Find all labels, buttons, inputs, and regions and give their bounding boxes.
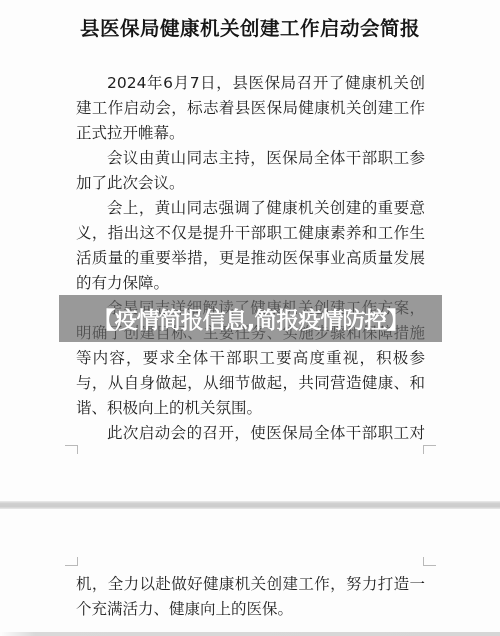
paragraph-2: 会议由黄山同志主持，医保局全体干部职工参加了此次会议。 [76,146,425,196]
paragraph-3: 会上，黄山同志强调了健康机关创建的重要意义，指出这不仅是提升干部职工健康素养和工… [76,196,425,296]
watermark-overlay-text: 【疫情简报信息,简报疫情防控】 [93,302,409,335]
page2-text-body: 机，全力以赴做好健康机关创建工作，努力打造一个充满活力、健康向上的医保。 [76,572,425,624]
page-break-divider [0,501,500,509]
page1-text-body: 2024年6月7日，县医保局召开了健康机关创建工作启动会，标志着县医保局健康机关… [76,71,425,448]
watermark-overlay-banner: 【疫情简报信息,简报疫情防控】 [59,295,442,342]
paragraph-1: 2024年6月7日，县医保局召开了健康机关创建工作启动会，标志着县医保局健康机关… [76,71,425,146]
document-viewport: 县医保局健康机关创建工作启动会简报 2024年6月7日，县医保局召开了健康机关创… [0,0,500,636]
bottom-edge-divider [0,632,500,636]
margin-corner-mark-page2-top-left [65,557,78,566]
margin-corner-mark-page1-bottom-right [423,445,436,454]
document-title: 县医保局健康机关创建工作启动会简报 [0,13,500,41]
margin-corner-mark-page2-top-right [423,557,436,566]
paragraph-5: 此次启动会的召开，使医保局全体干部职工对健康机关创建工作有了更清晰的认识和更明确… [76,421,425,448]
margin-corner-mark-page1-bottom-left [65,445,78,454]
paragraph-5-continuation: 机，全力以赴做好健康机关创建工作，努力打造一个充满活力、健康向上的医保。 [76,572,425,622]
